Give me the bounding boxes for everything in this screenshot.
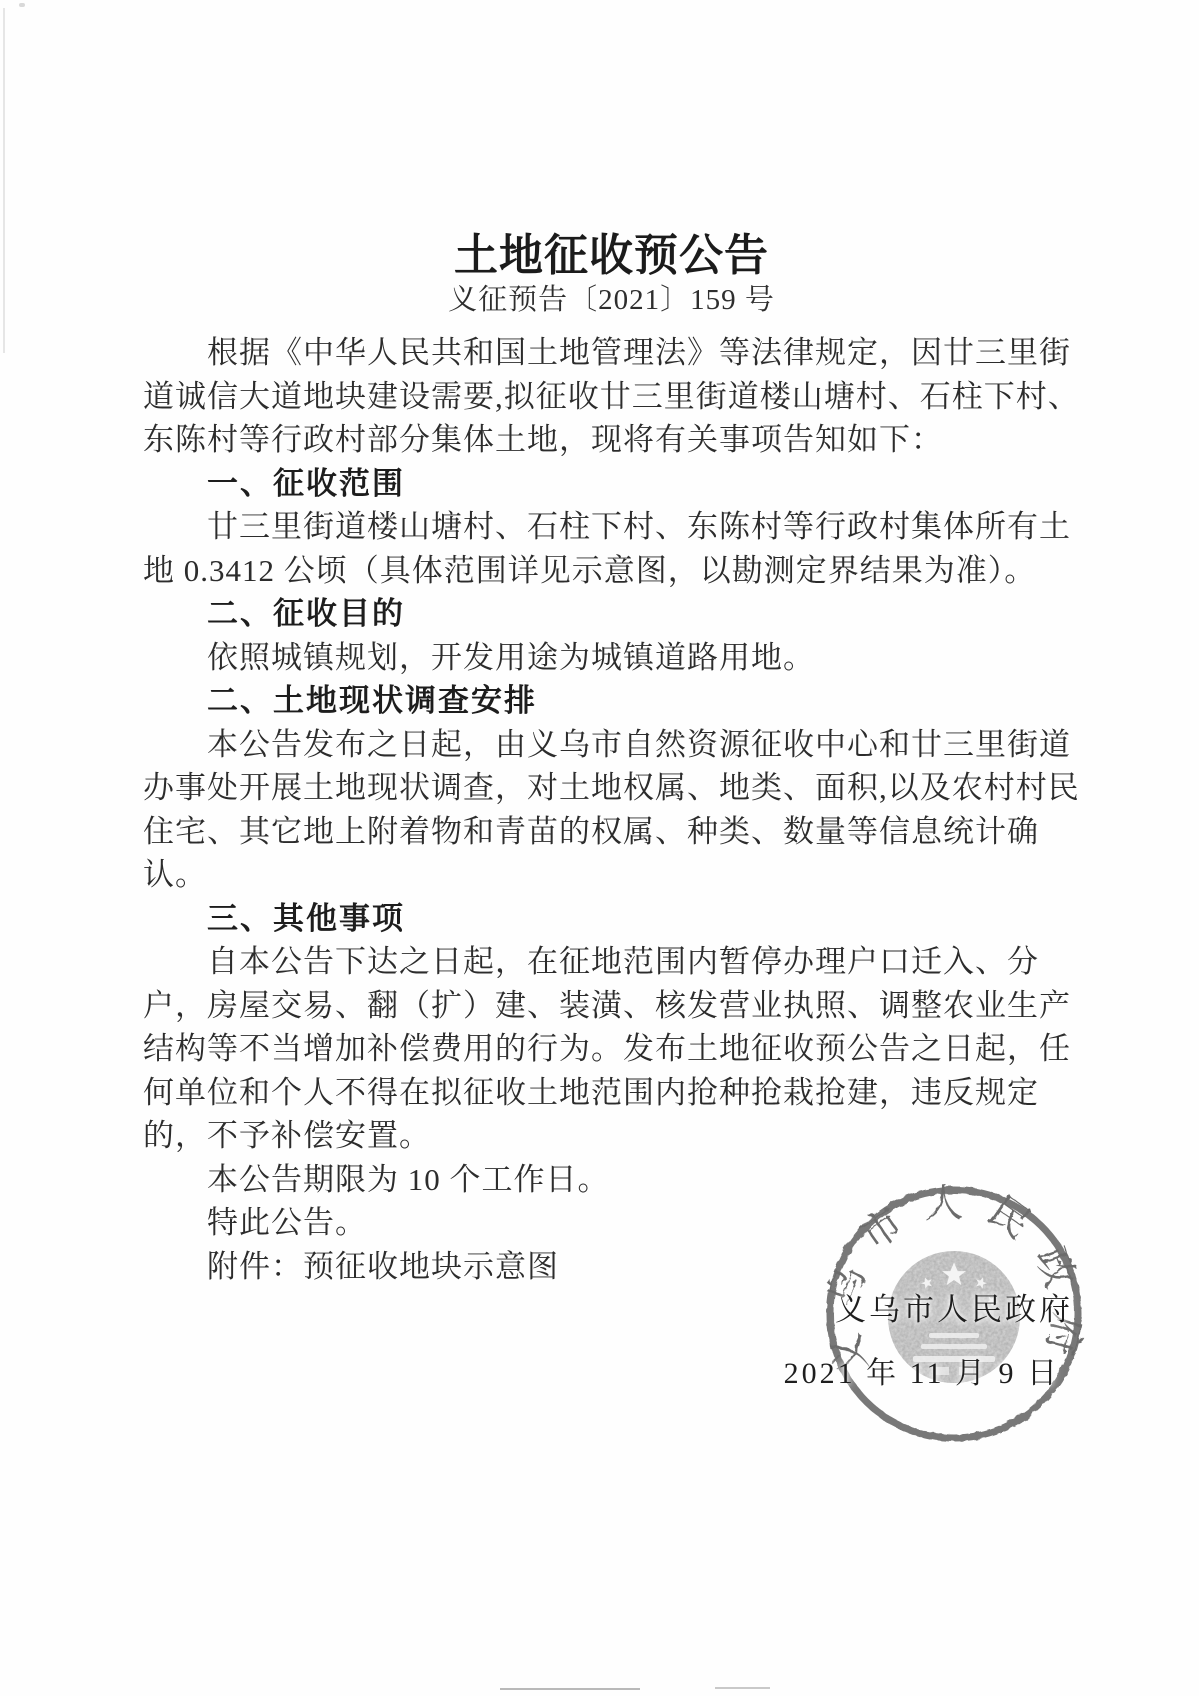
- section-heading: 三、其他事项: [143, 897, 1088, 941]
- page-title: 土地征收预公告: [143, 219, 1080, 283]
- scan-artifact: [3, 8, 5, 353]
- body-line: 依照城镇规划，开发用途为城镇道路用地。: [143, 636, 1088, 680]
- issuer-signature: 义乌市人民政府: [835, 1284, 1073, 1329]
- body-line: 东陈村等行政村部分集体土地，现将有关事项告知如下：: [143, 418, 1088, 462]
- body-line: 根据《中华人民共和国土地管理法》等法律规定，因廿三里街: [143, 331, 1088, 375]
- body-line: 的，不予补偿安置。: [143, 1114, 1088, 1158]
- section-heading: 一、征收范围: [143, 462, 1088, 506]
- body-line: 道诚信大道地块建设需要,拟征收廿三里街道楼山塘村、石柱下村、: [143, 375, 1088, 419]
- body-line: 地 0.3412 公顷（具体范围详见示意图，以勘测定界结果为准）。: [143, 549, 1088, 593]
- body-line: 户，房屋交易、翻（扩）建、装潢、核发营业执照、调整农业生产: [143, 984, 1088, 1028]
- document-body: 根据《中华人民共和国土地管理法》等法律规定，因廿三里街道诚信大道地块建设需要,拟…: [143, 331, 1088, 1288]
- body-line: 何单位和个人不得在拟征收土地范围内抢种抢栽抢建，违反规定: [143, 1071, 1088, 1115]
- issue-date: 2021 年 11 月 9 日: [784, 1348, 1060, 1392]
- body-line: 办事处开展土地现状调查，对土地权属、地类、面积,以及农村村民: [143, 766, 1088, 810]
- scan-artifact: [500, 1688, 640, 1690]
- scan-artifact: [19, 3, 25, 7]
- body-line: 认。: [143, 853, 1088, 897]
- scan-artifact: [715, 1687, 770, 1689]
- body-line: 本公告发布之日起，由义乌市自然资源征收中心和廿三里街道: [143, 723, 1088, 767]
- body-line: 廿三里街道楼山塘村、石柱下村、东陈村等行政村集体所有土: [143, 505, 1088, 549]
- document-page: 土地征收预公告 义征预告〔2021〕159 号 根据《中华人民共和国土地管理法》…: [0, 0, 1199, 1696]
- body-line: 住宅、其它地上附着物和青苗的权属、种类、数量等信息统计确: [143, 810, 1088, 854]
- section-heading: 二、土地现状调查安排: [143, 679, 1088, 723]
- section-heading: 二、征收目的: [143, 592, 1088, 636]
- body-line: 结构等不当增加补偿费用的行为。发布土地征收预公告之日起，任: [143, 1027, 1088, 1071]
- doc-number: 义征预告〔2021〕159 号: [143, 277, 1080, 318]
- body-line: 自本公告下达之日起，在征地范围内暂停办理户口迁入、分: [143, 940, 1088, 984]
